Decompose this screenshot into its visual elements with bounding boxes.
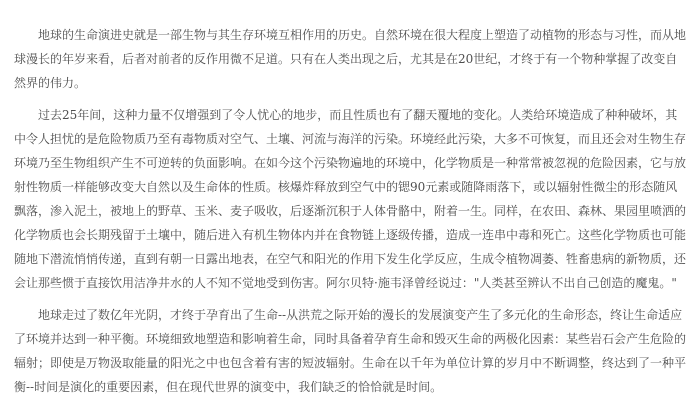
paragraph-3: 地球走过了数亿年光阴，才终于孕育出了生命--从洪荒之际开始的漫长的发展演变产生了…: [14, 303, 686, 399]
paragraph-2: 过去25年间，这种力量不仅增强到了令人忧心的地步，而且性质也有了翻天覆地的变化。…: [14, 103, 686, 295]
paragraph-1: 地球的生命演进史就是一部生物与其生存环境互相作用的历史。自然环境在很大程度上塑造…: [14, 23, 686, 95]
document-page: 地球的生命演进史就是一部生物与其生存环境互相作用的历史。自然环境在很大程度上塑造…: [0, 0, 700, 400]
